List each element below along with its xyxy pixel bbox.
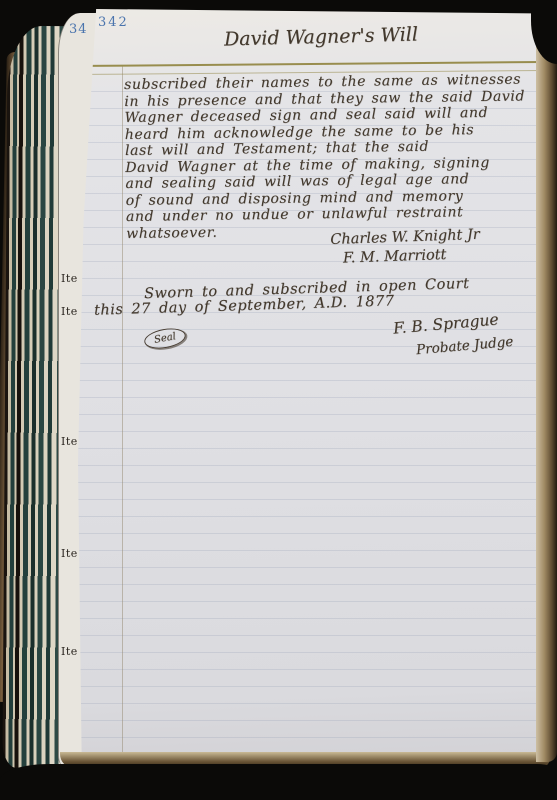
page-number: 342	[98, 15, 129, 30]
margin-fragment: Ite	[61, 305, 78, 318]
margin-fragment: Ite	[61, 645, 78, 658]
book-photo: 34 Ite Ite Ite Ite Ite 342 David Wagner'…	[0, 0, 557, 800]
will-body-text: subscribed their names to the same as wi…	[124, 71, 538, 242]
witness-signatures: Charles W. Knight Jr F. M. Marriott	[330, 223, 551, 269]
margin-rule	[122, 65, 123, 755]
margin-fragment: Ite	[61, 272, 78, 285]
book-shadow	[0, 764, 557, 800]
header-rule	[78, 61, 543, 67]
margin-fragment: Ite	[61, 435, 78, 448]
page-fore-edge	[536, 6, 557, 762]
seal-label: Seal	[153, 331, 177, 346]
margin-fragment: Ite	[61, 547, 78, 560]
page-number-previous: 34	[69, 22, 88, 37]
page-title: David Wagner's Will	[186, 22, 456, 51]
will-record-page: 342 David Wagner's Will subscribed their…	[78, 9, 543, 763]
